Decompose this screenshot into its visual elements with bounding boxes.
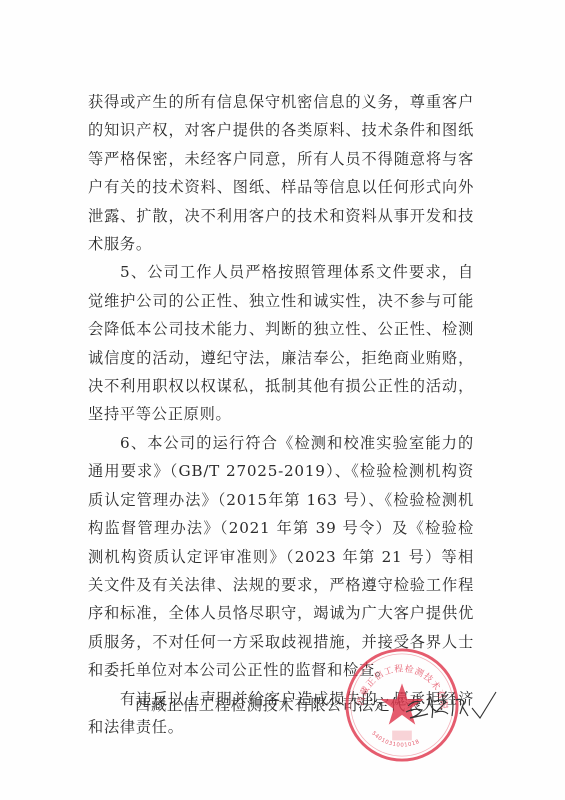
paragraph-confidentiality: 获得或产生的所有信息保守机密信息的义务，尊重客户的知识产权，对客户提供的各类原料… (88, 88, 474, 258)
document-page: 获得或产生的所有信息保守机密信息的义务，尊重客户的知识产权，对客户提供的各类原料… (0, 0, 565, 800)
handwritten-signature-icon (400, 684, 500, 724)
document-body: 获得或产生的所有信息保守机密信息的义务，尊重客户的知识产权，对客户提供的各类原料… (88, 88, 474, 741)
paragraph-item-5: 5、公司工作人员严格按照管理体系文件要求，自觉维护公司的公正性、独立性和诚实性，… (88, 258, 474, 428)
